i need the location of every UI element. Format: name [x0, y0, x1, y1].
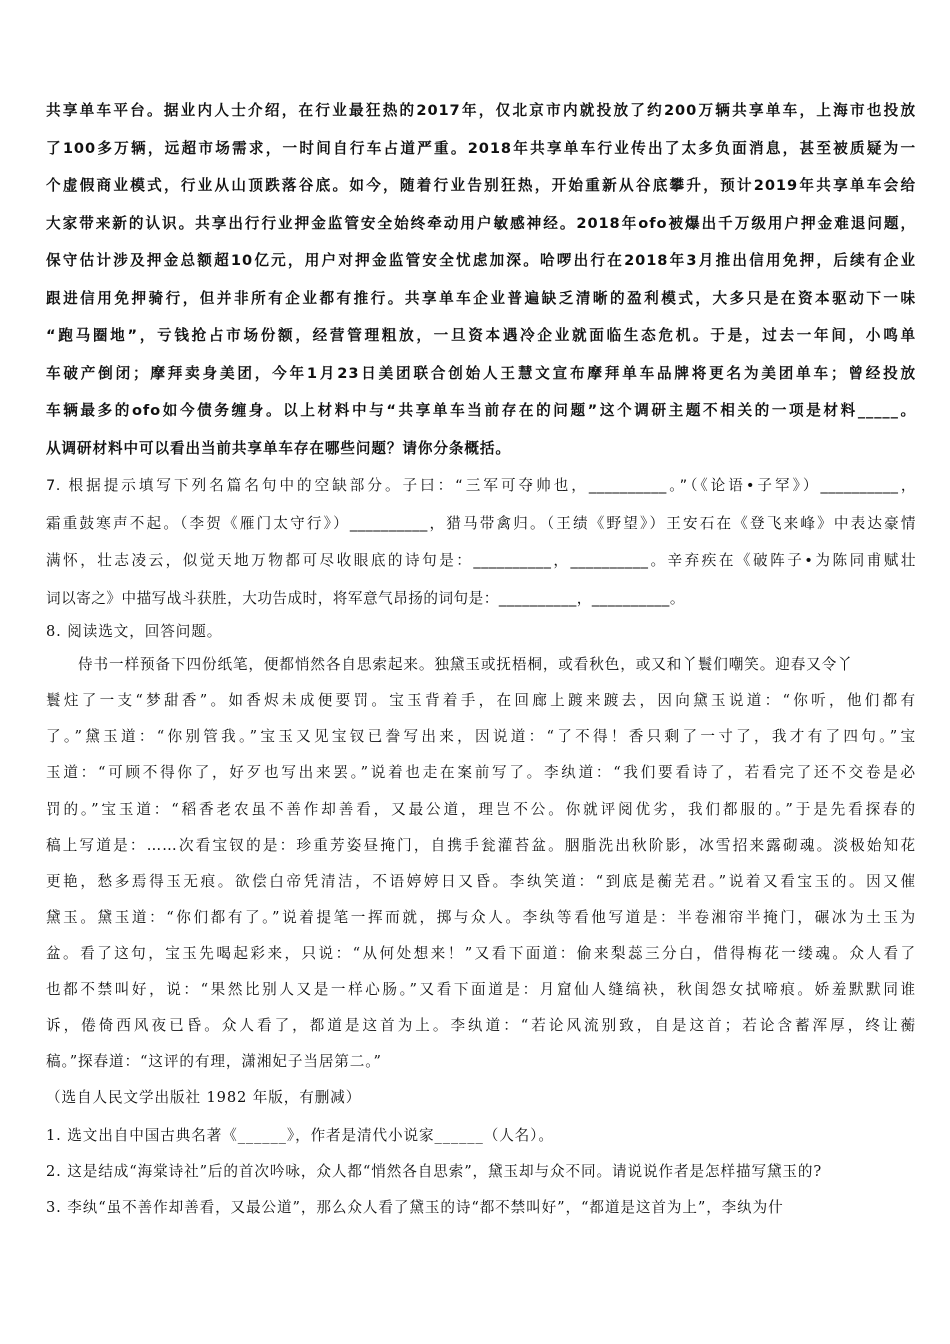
passage-line: 侍书一样预备下四份纸笔，便都悄然各自思索起来。独黛玉或抚梧桐，或看秋色，或又和丫… — [78, 655, 916, 675]
question-7-line: 词以寄之》中描写战斗获胜，大功告成时，将军意气昂扬的词句是：__________… — [46, 589, 916, 609]
sub-question-1: 1. 选文出自中国古典名著《______》，作者是清代小说家______（人名）… — [46, 1126, 916, 1146]
passage-line: 玉道：“可顾不得你了，好歹也写出来罢。”说着也走在案前写了。李纨道：“我们要看诗… — [46, 763, 916, 783]
question-7-line: 霜重鼓寒声不起。（李贺《雁门太守行》）__________，猎马带禽归。（王绩《… — [46, 514, 916, 534]
document-page: 共享单车平台。据业内人士介绍，在行业最狂热的2017年，仅北京市内就投放了约20… — [0, 0, 950, 1344]
sub-question-3: 3. 李纨“虽不善作却善看，又最公道”，那么众人看了黛玉的诗“都不禁叫好”，“都… — [46, 1198, 916, 1218]
passage-line: 也都不禁叫好，说：“果然比别人又是一样心肠。”又看下面道是：月窟仙人缝缟袂，秋闺… — [46, 980, 916, 1000]
passage-line: 更艳，愁多焉得玉无痕。欲偿白帝凭清洁，不语婷婷日又昏。李纨笑道：“到底是蘅芜君。… — [46, 872, 916, 892]
material-line: “跑马圈地”，亏钱抢占市场份额，经营管理粗放，一旦资本遇冷企业就面临生态危机。于… — [46, 326, 916, 346]
passage-line: 稿。”探春道：“这评的有理，潇湘妃子当居第二。” — [46, 1052, 916, 1072]
material-line: 大家带来新的认识。共享出行行业押金监管安全始终牵动用户敏感神经。2018年ofo… — [46, 214, 916, 234]
material-question-line: 从调研材料中可以看出当前共享单车存在哪些问题？请你分条概括。 — [46, 439, 916, 459]
passage-line: 盆。看了这句，宝玉先喝起彩来，只说：“从何处想来！”又看下面道：偷来梨蕊三分白，… — [46, 944, 916, 964]
material-line: 共享单车平台。据业内人士介绍，在行业最狂热的2017年，仅北京市内就投放了约20… — [46, 101, 916, 121]
question-8-heading: 8. 阅读选文，回答问题。 — [46, 622, 916, 642]
passage-line: 黛玉。黛玉道：“你们都有了。”说着提笔一挥而就，掷与众人。李纨等看他写道是：半卷… — [46, 908, 916, 928]
passage-line: 罚的。”宝玉道：“稻香老农虽不善作却善看，又最公道，理岂不公。你就评阅优劣，我们… — [46, 800, 916, 820]
question-7-line: 满怀，壮志凌云，似觉天地万物都可尽收眼底的诗句是：__________，____… — [46, 551, 916, 571]
material-question-line: 车辆最多的ofo如今债务缠身。以上材料中与“共享单车当前存在的问题”这个调研主题… — [46, 401, 916, 421]
passage-line: 了。”黛玉道：“你别管我。”宝玉又见宝钗已誊写出来，因说道：“了不得！香只剩了一… — [46, 727, 916, 747]
material-line: 了100多万辆，远超市场需求，一时间自行车占道严重。2018年共享单车行业传出了… — [46, 139, 916, 159]
passage-line: 鬟炷了一支“梦甜香”。如香烬未成便要罚。宝玉背着手，在回廊上踱来踱去，因向黛玉说… — [46, 691, 916, 711]
question-7-line: 7. 根据提示填写下列名篇名句中的空缺部分。子曰：“三军可夺帅也，_______… — [46, 476, 916, 496]
passage-line: 稿上写道是：……次看宝钗的是：珍重芳姿昼掩门，自携手瓮灌苔盆。胭脂洗出秋阶影，冰… — [46, 836, 916, 856]
material-line: 跟进信用免押骑行，但并非所有企业都有推行。共享单车企业普遍缺乏清晰的盈利模式，大… — [46, 289, 916, 309]
material-line: 个虚假商业模式，行业从山顶跌落谷底。如今，随着行业告别狂热，开始重新从谷底攀升，… — [46, 176, 916, 196]
material-line: 保守估计涉及押金总额超10亿元，用户对押金监管安全忧虑加深。哈啰出行在2018年… — [46, 251, 916, 271]
source-citation: （选自人民文学出版社 1982 年版，有删减） — [46, 1088, 916, 1108]
material-line: 车破产倒闭；摩拜卖身美团，今年1月23日美团联合创始人王慧文宣布摩拜单车品牌将更… — [46, 364, 916, 384]
sub-question-2: 2. 这是结成“海棠诗社”后的首次吟咏，众人都“悄然各自思索”，黛玉却与众不同。… — [46, 1162, 916, 1182]
passage-line: 诉，倦倚西风夜已昏。众人看了，都道是这首为上。李纨道：“若论风流别致，自是这首；… — [46, 1016, 916, 1036]
